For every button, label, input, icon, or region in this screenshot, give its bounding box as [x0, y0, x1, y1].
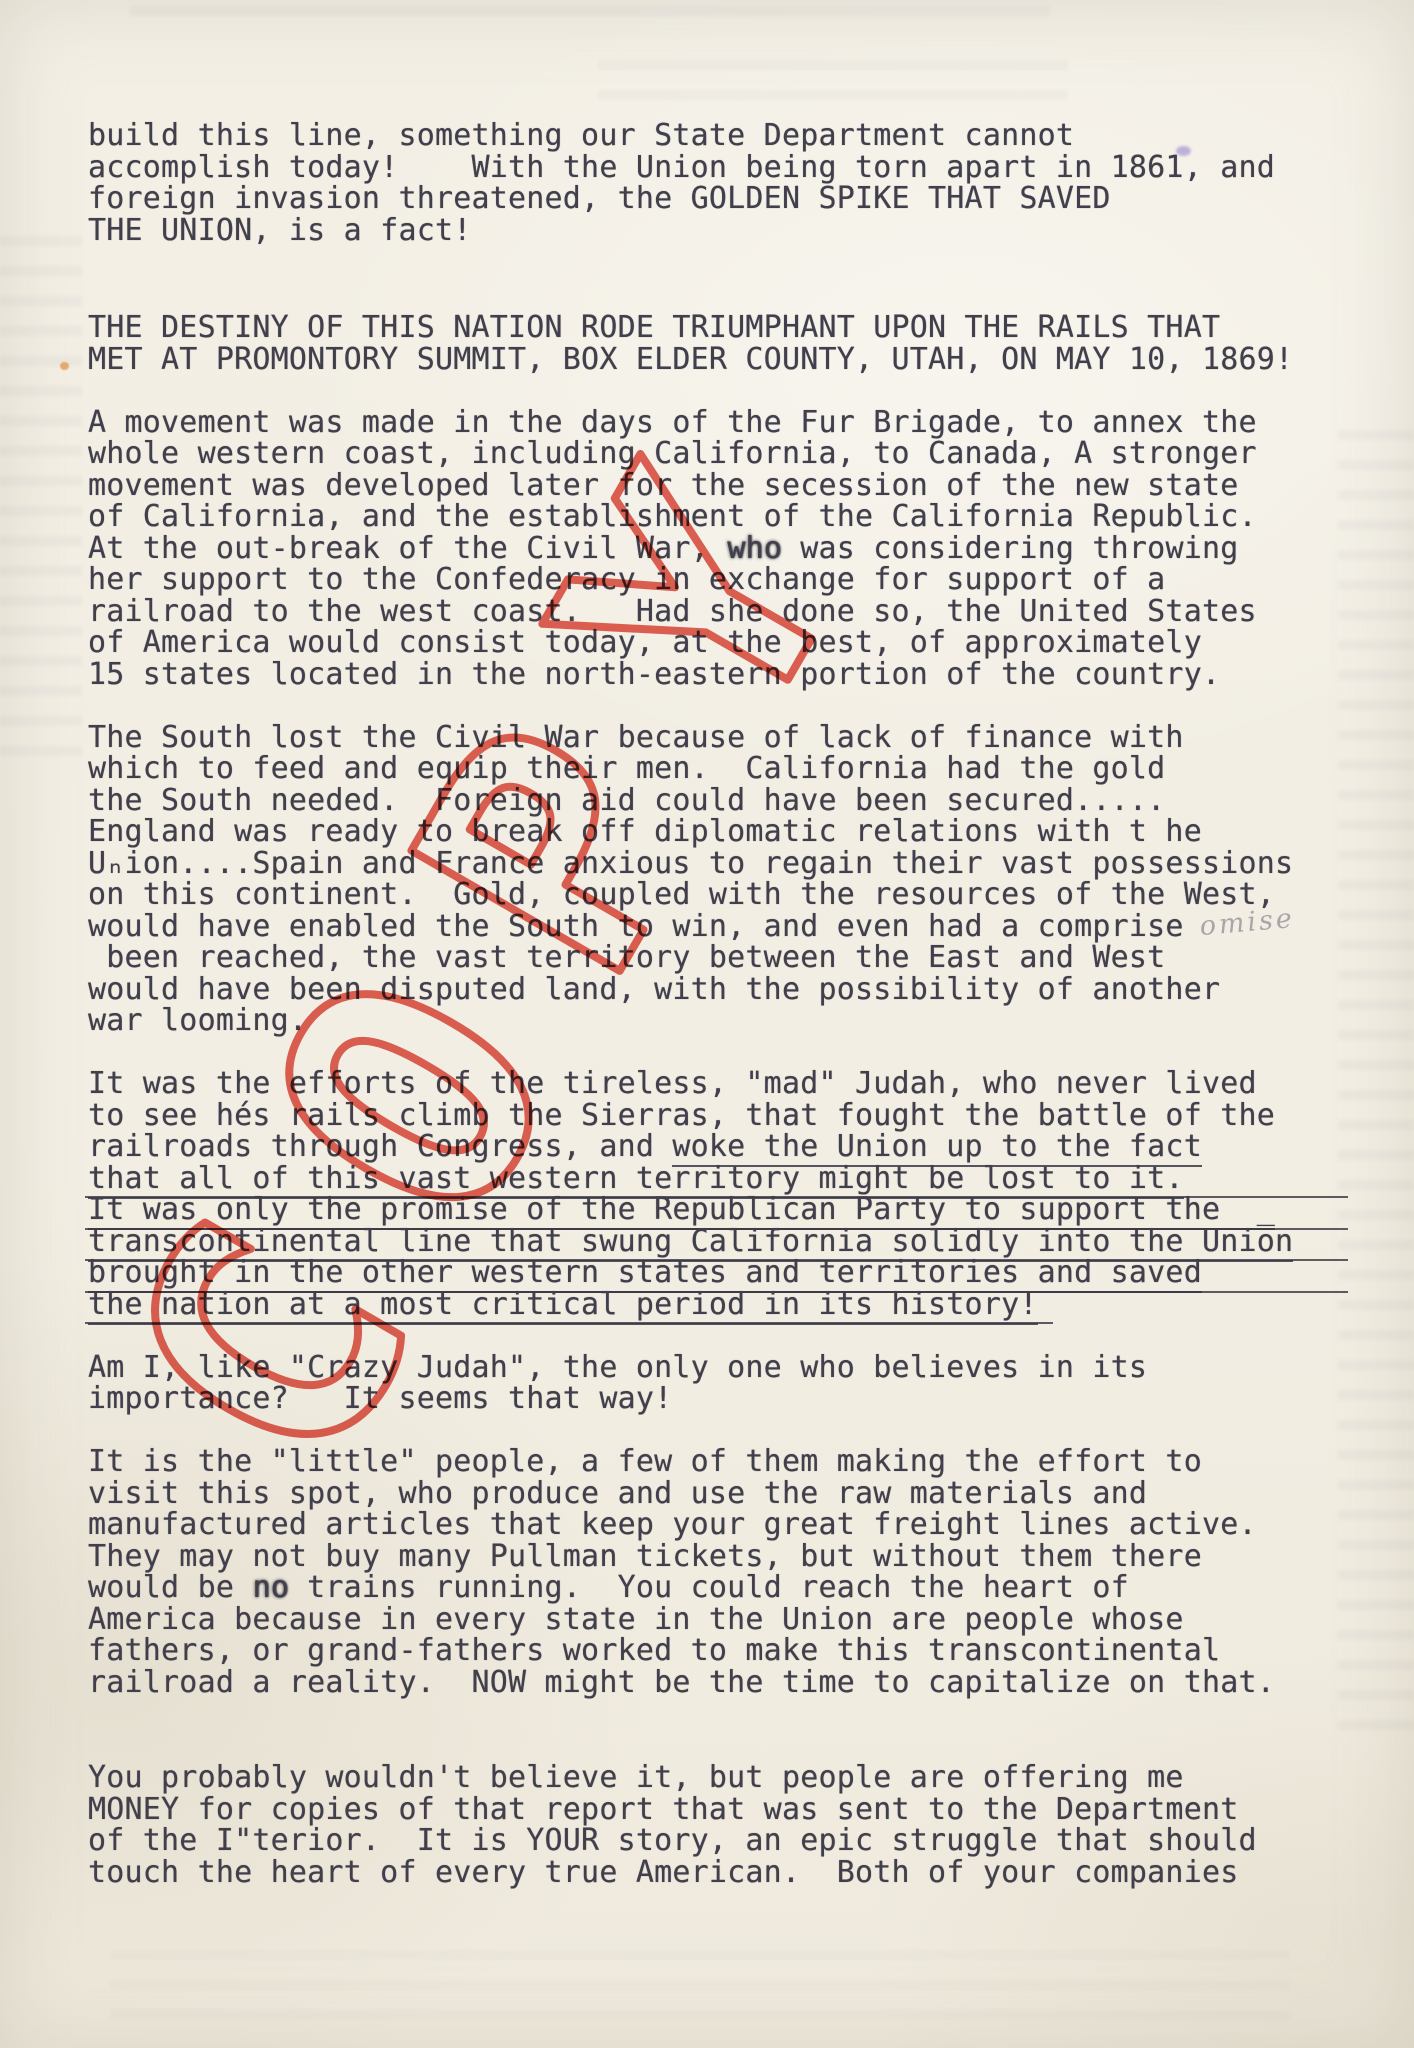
text-line: visit this spot, who produce and use the… — [88, 1478, 1358, 1510]
paragraph: It is the "little" people, a few of them… — [88, 1446, 1358, 1698]
paragraph: A movement was made in the days of the F… — [88, 407, 1358, 691]
text-line: MET AT PROMONTORY SUMMIT, BOX ELDER COUN… — [88, 344, 1358, 376]
text-line: been reached, the vast territory between… — [88, 942, 1358, 974]
text-line: movement was developed later for the sec… — [88, 470, 1358, 502]
text-line: transcontinental line that swung Califor… — [88, 1226, 1358, 1258]
text-line: brought in the other western states and … — [88, 1257, 1358, 1289]
text-line: Uₙion....Spain and France anxious to reg… — [88, 848, 1358, 880]
bleedthrough-smudge — [0, 236, 82, 756]
text-line: railroad a reality. NOW might be the tim… — [88, 1667, 1358, 1699]
text-line: of California, and the establishment of … — [88, 501, 1358, 533]
text-line: railroads through Congress, and woke the… — [88, 1131, 1358, 1163]
bleedthrough-smudge — [130, 6, 1050, 30]
text-line: They may not buy many Pullman tickets, b… — [88, 1541, 1358, 1573]
bleedthrough-smudge — [598, 60, 1068, 108]
text-line: 15 states located in the north-eastern p… — [88, 659, 1358, 691]
text-line: A movement was made in the days of the F… — [88, 407, 1358, 439]
text-line: At the out-break of the Civil War, who w… — [88, 533, 1358, 565]
text-line: whole western coast, including Californi… — [88, 438, 1358, 470]
text-line: her support to the Confederacy in exchan… — [88, 564, 1358, 596]
text-line: manufactured articles that keep your gre… — [88, 1509, 1358, 1541]
text-line: on this continent. Gold, coupled with th… — [88, 879, 1358, 911]
text-line: to see hés rails climb the Sierras, that… — [88, 1100, 1358, 1132]
text-line: America because in every state in the Un… — [88, 1604, 1358, 1636]
text-line: THE UNION, is a fact! — [88, 215, 1358, 247]
text-line: railroad to the west coast. Had she done… — [88, 596, 1358, 628]
paper-speck — [60, 362, 69, 370]
text-line: of America would consist today, at the b… — [88, 627, 1358, 659]
overstruck-text: no — [252, 1570, 289, 1605]
paragraph: The South lost the Civil War because of … — [88, 722, 1358, 1037]
letter-page: build this line, something our State Dep… — [0, 0, 1414, 2048]
text-line: MONEY for copies of that report that was… — [88, 1794, 1358, 1826]
text-line: It is the "little" people, a few of them… — [88, 1446, 1358, 1478]
text-line: importance? It seems that way! — [88, 1383, 1358, 1415]
overstruck-text: who — [727, 531, 782, 566]
text-line: which to feed and equip their men. Calif… — [88, 753, 1358, 785]
text-line: It was only the promise of the Republica… — [88, 1194, 1358, 1226]
text-line: The South lost the Civil War because of … — [88, 722, 1358, 754]
text-line: would have been disputed land, with the … — [88, 974, 1358, 1006]
text-line: Am I, like "Crazy Judah", the only one w… — [88, 1352, 1358, 1384]
text-line: It was the efforts of the tireless, "mad… — [88, 1068, 1358, 1100]
paragraph: You probably wouldn't believe it, but pe… — [88, 1762, 1358, 1888]
paragraph: It was the efforts of the tireless, "mad… — [88, 1068, 1358, 1320]
text-line: would have enabled the South to win, and… — [88, 911, 1358, 943]
text-line: You probably wouldn't believe it, but pe… — [88, 1762, 1358, 1794]
text-line: that all of this vast western territory … — [88, 1163, 1358, 1195]
text-line: touch the heart of every true American. … — [88, 1857, 1358, 1889]
text-line: England was ready to break off diplomati… — [88, 816, 1358, 848]
underlined-text: the nation at a most critical period in … — [88, 1287, 1038, 1325]
text-line: accomplish today! With the Union being t… — [88, 152, 1358, 184]
text-line: the South needed. Foreign aid could have… — [88, 785, 1358, 817]
text-line: fathers, or grand-fathers worked to make… — [88, 1635, 1358, 1667]
paragraph: build this line, something our State Dep… — [88, 120, 1358, 246]
text-line: war looming. — [88, 1005, 1358, 1037]
text-line: of the I"terior. It is YOUR story, an ep… — [88, 1825, 1358, 1857]
paragraph: THE DESTINY OF THIS NATION RODE TRIUMPHA… — [88, 312, 1358, 375]
text-line: foreign invasion threatened, the GOLDEN … — [88, 183, 1358, 215]
text-line: would be no trains running. You could re… — [88, 1572, 1358, 1604]
text-line: THE DESTINY OF THIS NATION RODE TRIUMPHA… — [88, 312, 1358, 344]
text-line: the nation at a most critical period in … — [88, 1289, 1358, 1321]
bleedthrough-smudge — [110, 1950, 1290, 2020]
text-line: build this line, something our State Dep… — [88, 120, 1358, 152]
paragraph: Am I, like "Crazy Judah", the only one w… — [88, 1352, 1358, 1415]
document-body: build this line, something our State Dep… — [88, 120, 1358, 1920]
